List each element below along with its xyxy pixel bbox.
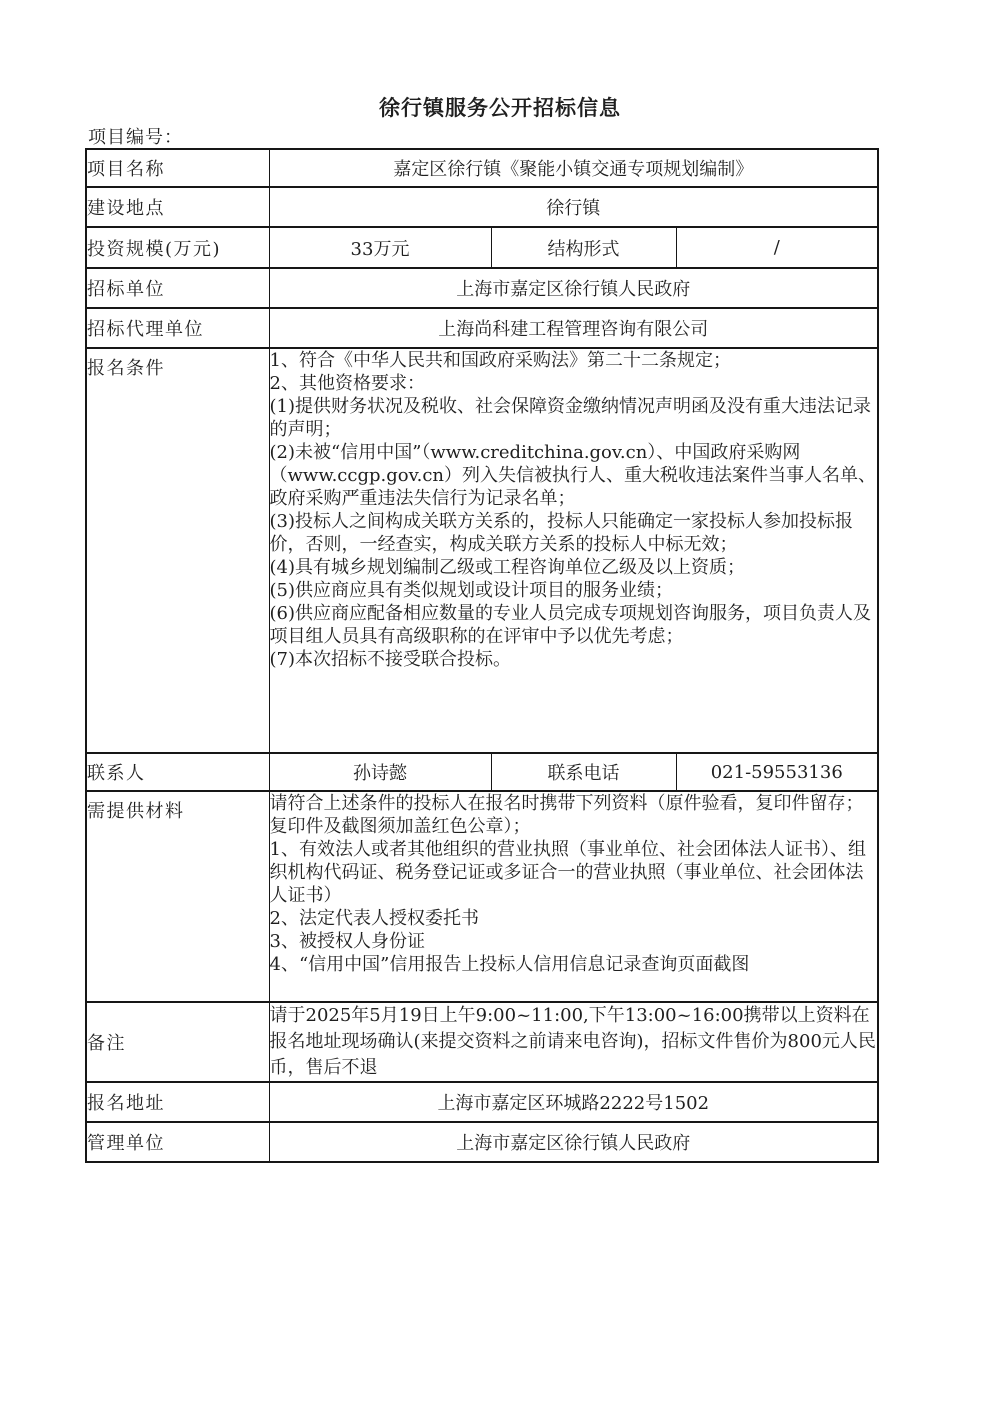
address-value: 上海市嘉定区环城路2222号1502 <box>269 1082 878 1122</box>
agency-label: 招标代理单位 <box>86 308 269 348</box>
row-contact: 联系人 孙诗懿 联系电话 021-59553136 <box>86 753 878 791</box>
management-value: 上海市嘉定区徐行镇人民政府 <box>269 1122 878 1162</box>
row-investment: 投资规模(万元) 33万元 结构形式 / <box>86 227 878 268</box>
address-label: 报名地址 <box>86 1082 269 1122</box>
tender-unit-label: 招标单位 <box>86 268 269 308</box>
row-project-name: 项目名称 嘉定区徐行镇《聚能小镇交通专项规划编制》 <box>86 149 878 187</box>
materials-content: 请符合上述条件的投标人在报名时携带下列资料（原件验看，复印件留存；复印件及截图须… <box>269 791 878 1002</box>
conditions-line: (1)提供财务状况及税收、社会保障资金缴纳情况声明函及没有重大违法记录的声明； <box>270 395 878 441</box>
row-remarks: 备注 请于2025年5月19日上午9:00~11:00,下午13:00~16:0… <box>86 1002 878 1082</box>
conditions-line: (4)具有城乡规划编制乙级或工程咨询单位乙级及以上资质； <box>270 556 878 579</box>
conditions-line: (3)投标人之间构成关联方关系的，投标人只能确定一家投标人参加投标报价，否则，一… <box>270 510 878 556</box>
conditions-content: 1、符合《中华人民共和国政府采购法》第二十二条规定； 2、其他资格要求： (1)… <box>269 348 878 753</box>
remarks-label: 备注 <box>86 1002 269 1082</box>
materials-line: 2、法定代表人授权委托书 <box>270 907 878 930</box>
tender-unit-value: 上海市嘉定区徐行镇人民政府 <box>269 268 878 308</box>
document-page: 徐行镇服务公开招标信息 项目编号： 项目名称 嘉定区徐行镇《聚能小镇交通专项规划… <box>0 0 1000 1414</box>
tender-info-table: 项目名称 嘉定区徐行镇《聚能小镇交通专项规划编制》 建设地点 徐行镇 投资规模(… <box>85 148 879 1163</box>
contact-phone-label: 联系电话 <box>491 753 676 791</box>
row-location: 建设地点 徐行镇 <box>86 187 878 227</box>
materials-line: 4、“信用中国”信用报告上投标人信用信息记录查询页面截图 <box>270 953 878 976</box>
contact-phone-value: 021-59553136 <box>676 753 878 791</box>
project-number-label: 项目编号： <box>88 123 183 149</box>
conditions-label: 报名条件 <box>86 348 269 753</box>
materials-label: 需提供材料 <box>86 791 269 1002</box>
conditions-line: (7)本次招标不接受联合投标。 <box>270 648 878 671</box>
structure-type-value: / <box>676 227 878 268</box>
row-conditions: 报名条件 1、符合《中华人民共和国政府采购法》第二十二条规定； 2、其他资格要求… <box>86 348 878 753</box>
structure-type-label: 结构形式 <box>491 227 676 268</box>
conditions-line: 1、符合《中华人民共和国政府采购法》第二十二条规定； <box>270 349 878 372</box>
contact-label: 联系人 <box>86 753 269 791</box>
agency-value: 上海尚科建工程管理咨询有限公司 <box>269 308 878 348</box>
row-tender-unit: 招标单位 上海市嘉定区徐行镇人民政府 <box>86 268 878 308</box>
project-name-label: 项目名称 <box>86 149 269 187</box>
location-value: 徐行镇 <box>269 187 878 227</box>
row-materials: 需提供材料 请符合上述条件的投标人在报名时携带下列资料（原件验看，复印件留存；复… <box>86 791 878 1002</box>
remarks-content: 请于2025年5月19日上午9:00~11:00,下午13:00~16:00携带… <box>269 1002 878 1082</box>
conditions-line: (2)未被“信用中国”（www.creditchina.gov.cn）、中国政府… <box>270 441 878 510</box>
management-label: 管理单位 <box>86 1122 269 1162</box>
contact-name: 孙诗懿 <box>269 753 491 791</box>
location-label: 建设地点 <box>86 187 269 227</box>
conditions-line: (5)供应商应具有类似规划或设计项目的服务业绩； <box>270 579 878 602</box>
row-management: 管理单位 上海市嘉定区徐行镇人民政府 <box>86 1122 878 1162</box>
materials-line: 1、有效法人或者其他组织的营业执照（事业单位、社会团体法人证书）、组织机构代码证… <box>270 838 878 907</box>
investment-label: 投资规模(万元) <box>86 227 269 268</box>
row-agency: 招标代理单位 上海尚科建工程管理咨询有限公司 <box>86 308 878 348</box>
conditions-line: 2、其他资格要求： <box>270 372 878 395</box>
page-title: 徐行镇服务公开招标信息 <box>0 92 1000 122</box>
conditions-line: (6)供应商应配备相应数量的专业人员完成专项规划咨询服务，项目负责人及项目组人员… <box>270 602 878 648</box>
materials-line: 请符合上述条件的投标人在报名时携带下列资料（原件验看，复印件留存；复印件及截图须… <box>270 792 878 838</box>
investment-value: 33万元 <box>269 227 491 268</box>
row-address: 报名地址 上海市嘉定区环城路2222号1502 <box>86 1082 878 1122</box>
materials-line: 3、被授权人身份证 <box>270 930 878 953</box>
project-name-value: 嘉定区徐行镇《聚能小镇交通专项规划编制》 <box>269 149 878 187</box>
